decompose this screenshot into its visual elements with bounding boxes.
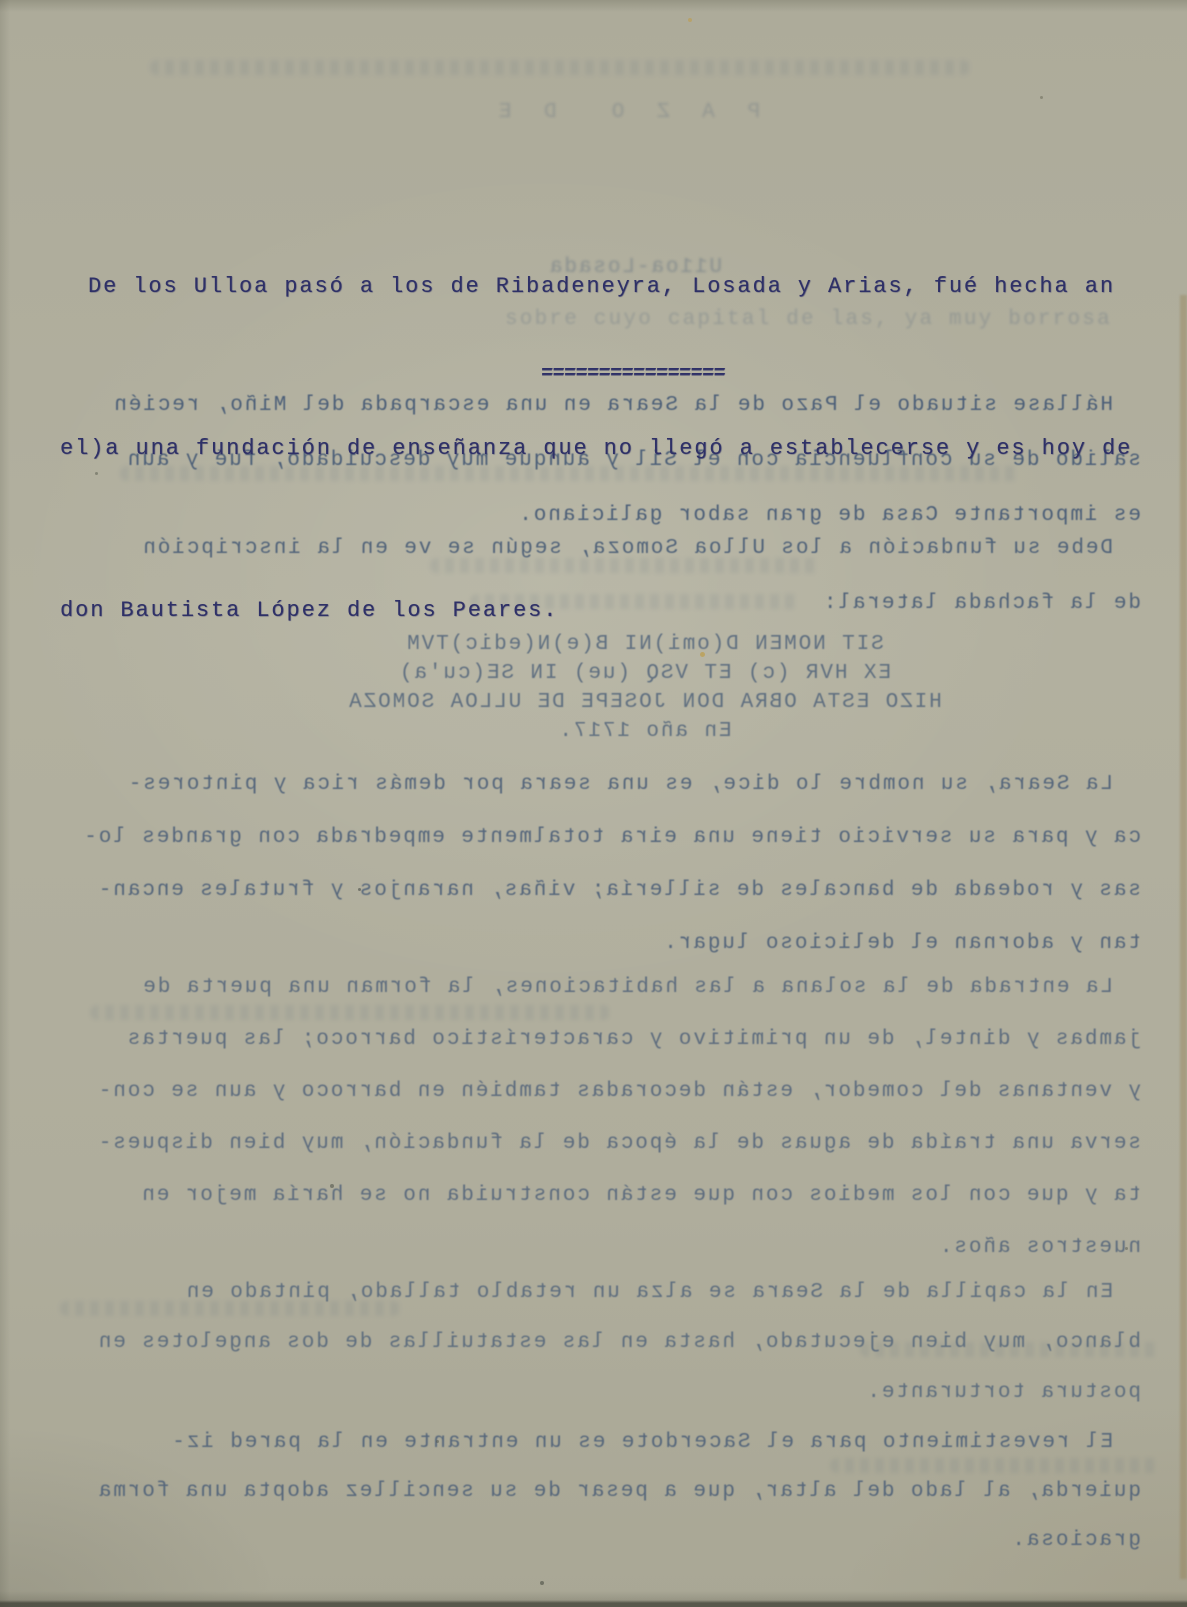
bleedthrough-line: serva una traída de aguas de la época de…: [58, 1118, 1141, 1170]
ghost-smudge: [830, 1458, 1160, 1473]
page-edge-shadow: [0, 0, 10, 1607]
bleedthrough-line: La Seara, su nombre lo dice, es una sear…: [58, 758, 1141, 811]
bleedthrough-line: quierda, al lado del altar, que a pesar …: [58, 1467, 1141, 1516]
bleedthrough-block-seara-paragraph: La Seara, su nombre lo dice, es una sear…: [58, 758, 1141, 970]
paper-speckle: [1125, 1247, 1128, 1250]
bleedthrough-block-revestimiento-paragraph: El revestimiento para el Sacerdote es un…: [58, 1418, 1141, 1565]
separator-line: ================: [541, 362, 725, 385]
typed-line: De los Ulloa pasó a los de Ribadeneyra, …: [60, 260, 1132, 314]
ghost-smudge: [90, 1005, 610, 1020]
page-scan: Hállase situado el Pazo de la Seara en u…: [0, 0, 1187, 1607]
bleedthrough-line: y ventanas del comedor, están decoradas …: [58, 1066, 1141, 1118]
bleedthrough-line: nuestros años.: [58, 1222, 1141, 1274]
bleedthrough-line: jambas y dintel, de un primitivo y carac…: [58, 1014, 1141, 1066]
page-edge-shadow: [0, 0, 1187, 12]
typed-line: don Bautista López de los Peares.: [60, 584, 1132, 638]
ghost-smudge: [150, 60, 970, 75]
paper-speckle: [540, 1581, 544, 1585]
page-edge-shadow: [0, 1591, 1187, 1607]
ghost-smudge: [60, 1301, 400, 1316]
bleedthrough-line: graciosa.: [58, 1516, 1141, 1565]
bleedthrough-line: ca y para su servicio tiene una eira tot…: [58, 811, 1141, 864]
paper-speckle: [358, 888, 361, 891]
paper-speckle: [1040, 96, 1043, 99]
typed-paragraph: De los Ulloa pasó a los de Ribadeneyra, …: [60, 152, 1132, 746]
bleedthrough-line: ta y que con los medios con que están co…: [58, 1170, 1141, 1222]
typed-line: el)a una fundación de enseñanza que no l…: [60, 422, 1132, 476]
page-edge-shadow: [1180, 295, 1187, 1579]
bleedthrough-line: postura torturante.: [58, 1368, 1141, 1418]
ghost-fragment: P A Z O D E: [489, 101, 760, 124]
paper-speckle: [688, 18, 692, 22]
paper-speckle: [330, 1184, 334, 1188]
paper-speckle: [436, 1440, 439, 1443]
ghost-smudge: [860, 1342, 1160, 1357]
bleedthrough-line: sas y rodeada de bancales de sillería; v…: [58, 864, 1141, 917]
